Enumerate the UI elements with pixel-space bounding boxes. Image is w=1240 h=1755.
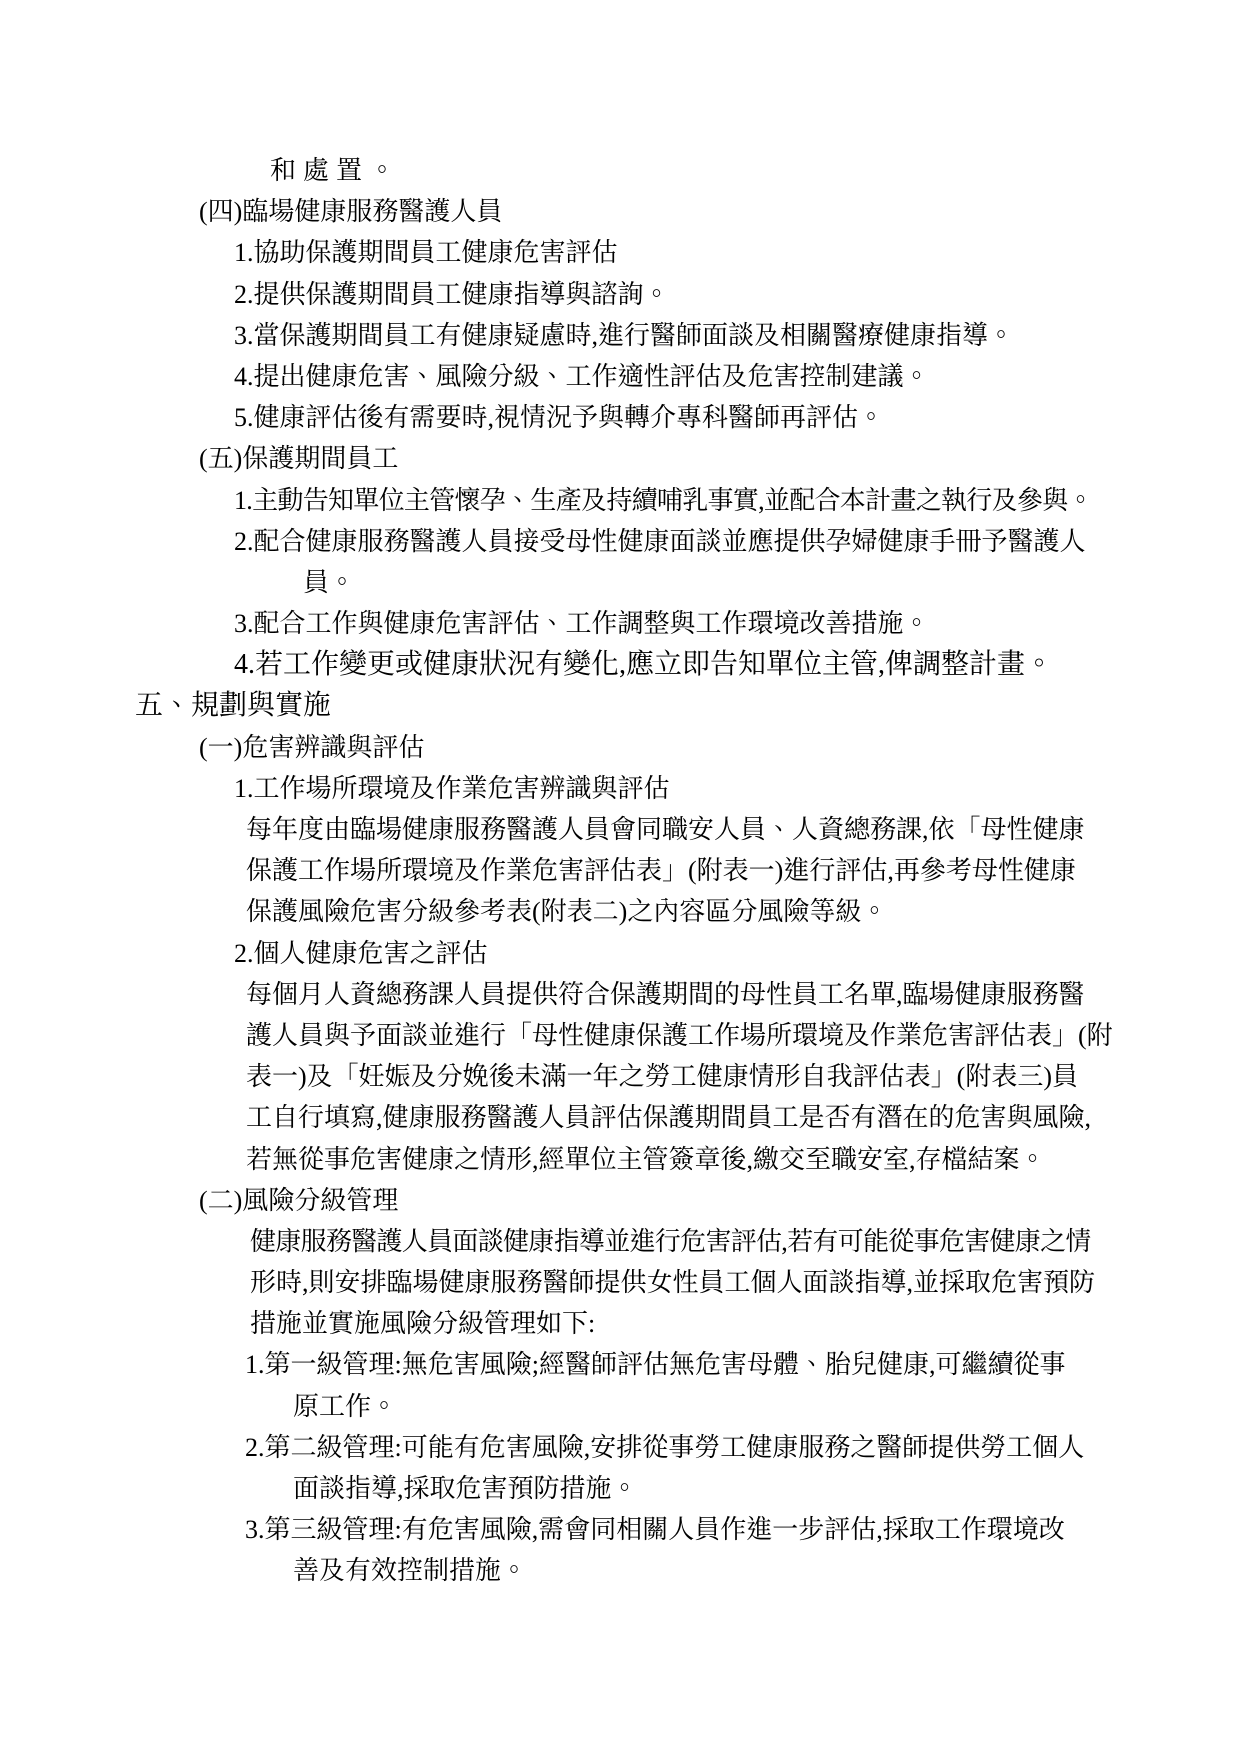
document-line: (一)危害辨識與評估	[199, 727, 1240, 768]
document-line: 1.協助保護期間員工健康危害評估	[234, 232, 1240, 273]
document-line: 措施並實施風險分級管理如下:	[250, 1303, 1240, 1344]
document-line: (五)保護期間員工	[199, 438, 1240, 479]
document-line: 每個月人資總務課人員提供符合保護期間的母性員工名單,臨場健康服務醫	[246, 974, 1240, 1015]
document-body: 和處置。(四)臨場健康服務醫護人員1.協助保護期間員工健康危害評估2.提供保護期…	[0, 0, 1240, 1592]
document-line: (二)風險分級管理	[199, 1180, 1240, 1221]
document-line: 2.個人健康危害之評估	[234, 933, 1240, 974]
document-line: 1.第一級管理:無危害風險;經醫師評估無危害母體、胎兒健康,可繼續從事	[245, 1344, 1240, 1385]
document-line: 形時,則安排臨場健康服務醫師提供女性員工個人面談指導,並採取危害預防	[250, 1262, 1240, 1303]
document-line: 3.當保護期間員工有健康疑慮時,進行醫師面談及相關醫療健康指導。	[234, 315, 1240, 356]
document-line: 保護風險危害分級參考表(附表二)之內容區分風險等級。	[246, 891, 1240, 932]
document-line: 護人員與予面談並進行「母性健康保護工作場所環境及作業危害評估表」(附	[246, 1015, 1240, 1056]
document-line: 五、規劃與實施	[135, 685, 1240, 726]
document-line: 3.配合工作與健康危害評估、工作調整與工作環境改善措施。	[234, 603, 1240, 644]
document-line: 2.提供保護期間員工健康指導與諮詢。	[234, 274, 1240, 315]
document-line: 保護工作場所環境及作業危害評估表」(附表一)進行評估,再參考母性健康	[246, 850, 1240, 891]
document-line: 工自行填寫,健康服務醫護人員評估保護期間員工是否有潛在的危害與風險,	[246, 1097, 1240, 1138]
document-line: 原工作。	[293, 1386, 1240, 1427]
document-line: 表一)及「妊娠及分娩後未滿一年之勞工健康情形自我評估表」(附表三)員	[246, 1056, 1240, 1097]
document-line: 善及有效控制措施。	[293, 1550, 1240, 1591]
document-line: 健康服務醫護人員面談健康指導並進行危害評估,若有可能從事危害健康之情	[250, 1221, 1240, 1262]
document-line: (四)臨場健康服務醫護人員	[199, 191, 1240, 232]
document-line: 面談指導,採取危害預防措施。	[293, 1468, 1240, 1509]
document-line: 和處置。	[270, 150, 1240, 191]
document-line: 1.主動告知單位主管懷孕、生產及持續哺乳事實,並配合本計畫之執行及參與。	[234, 480, 1240, 521]
document-line: 2.第二級管理:可能有危害風險,安排從事勞工健康服務之醫師提供勞工個人	[245, 1427, 1240, 1468]
document-line: 2.配合健康服務醫護人員接受母性健康面談並應提供孕婦健康手冊予醫護人	[234, 521, 1240, 562]
document-line: 3.第三級管理:有危害風險,需會同相關人員作進一步評估,採取工作環境改	[245, 1509, 1240, 1550]
document-line: 4.提出健康危害、風險分級、工作適性評估及危害控制建議。	[234, 356, 1240, 397]
document-line: 1.工作場所環境及作業危害辨識與評估	[234, 768, 1240, 809]
document-line: 每年度由臨場健康服務醫護人員會同職安人員、人資總務課,依「母性健康	[246, 809, 1240, 850]
document-line: 5.健康評估後有需要時,視情況予與轉介專科醫師再評估。	[234, 397, 1240, 438]
document-line: 員。	[303, 562, 1240, 603]
document-page: 和處置。(四)臨場健康服務醫護人員1.協助保護期間員工健康危害評估2.提供保護期…	[0, 0, 1240, 1755]
document-line: 4.若工作變更或健康狀況有變化,應立即告知單位主管,俾調整計畫。	[234, 644, 1240, 685]
document-line: 若無從事危害健康之情形,經單位主管簽章後,繳交至職安室,存檔結案。	[246, 1139, 1240, 1180]
